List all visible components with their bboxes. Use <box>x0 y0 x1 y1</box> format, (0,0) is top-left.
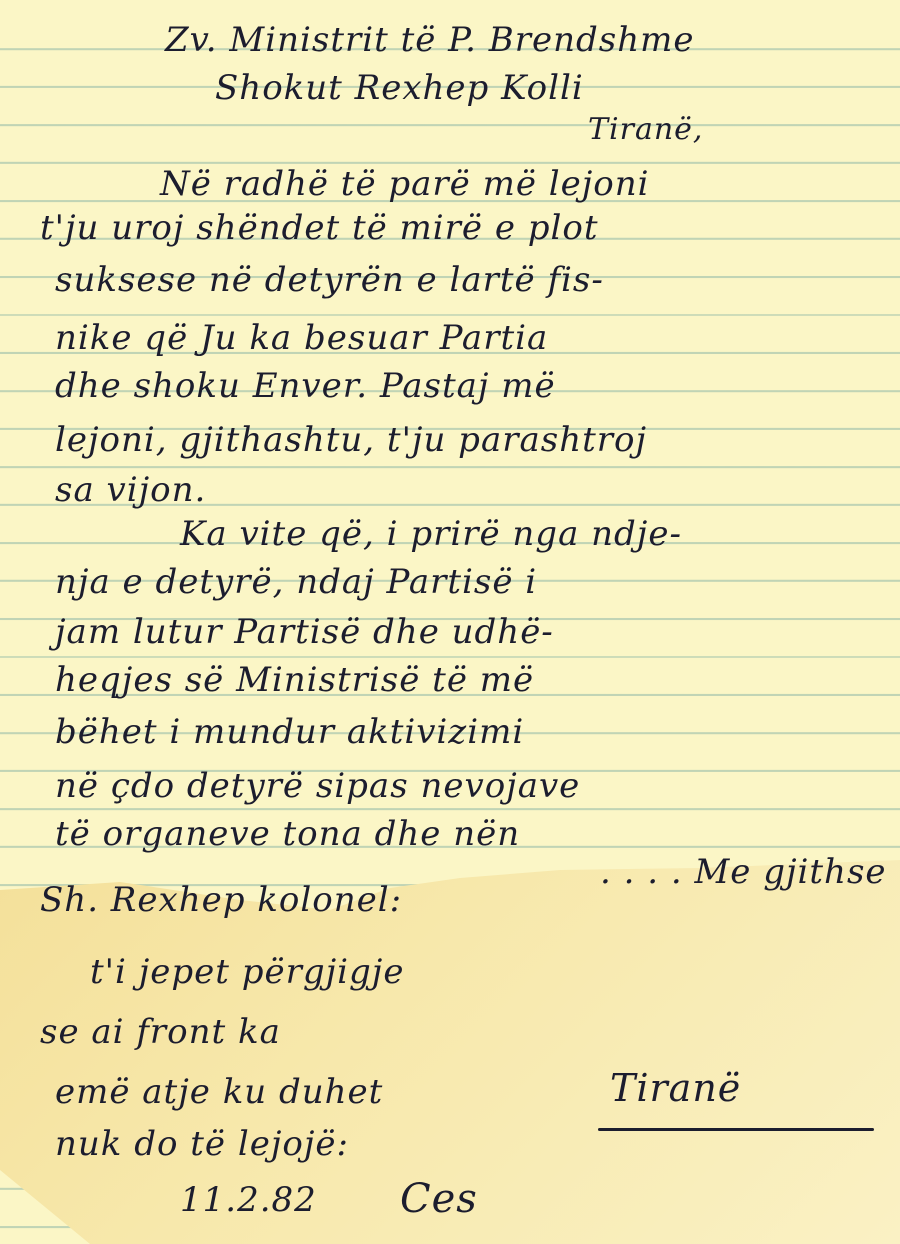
body-line: dhe shoku Enver. Pastaj më <box>55 366 556 406</box>
annotation-line: se ai front ka <box>40 1012 281 1052</box>
annotation-line: Sh. Rexhep kolonel: <box>40 880 402 920</box>
body-line: suksese në detyrën e lartë fis- <box>55 260 604 300</box>
annotation-place: Tiranë <box>610 1066 741 1110</box>
body-line: t'ju uroj shëndet të mirë e plot <box>40 208 599 248</box>
body-line: nja e detyrë, ndaj Partisë i <box>55 562 537 602</box>
body-line: nike që Ju ka besuar Partia <box>55 318 548 358</box>
signature: Ces <box>400 1176 478 1222</box>
body-line: heqjes së Ministrisë të më <box>55 660 534 700</box>
address-place: Tiranë, <box>588 112 703 147</box>
body-line: të organeve tona dhe nën <box>55 814 520 854</box>
annotation-line: emë atje ku duhet <box>55 1072 383 1112</box>
body-line: jam lutur Partisë dhe udhë- <box>55 612 554 652</box>
body-line: në çdo detyrë sipas nevojave <box>55 766 580 806</box>
body-line: Ka vite që, i prirë nga ndje- <box>180 514 682 554</box>
annotation-date: 11.2.82 <box>180 1180 317 1220</box>
body-line: Në radhë të parë më lejoni <box>160 164 650 204</box>
body-line: . . . . Me gjithse <box>600 852 887 892</box>
body-line: lejoni, gjithashtu, t'ju parashtroj <box>55 420 647 460</box>
body-line: sa vijon. <box>55 470 206 510</box>
body-line: bëhet i mundur aktivizimi <box>55 712 524 752</box>
address-line-2: Shokut Rexhep Kolli <box>215 68 584 108</box>
annotation-line: t'i jepet përgjigje <box>90 952 404 992</box>
address-line-1: Zv. Ministrit të P. Brendshme <box>165 20 695 60</box>
place-underline <box>598 1128 874 1131</box>
annotation-line: nuk do të lejojë: <box>55 1124 349 1164</box>
